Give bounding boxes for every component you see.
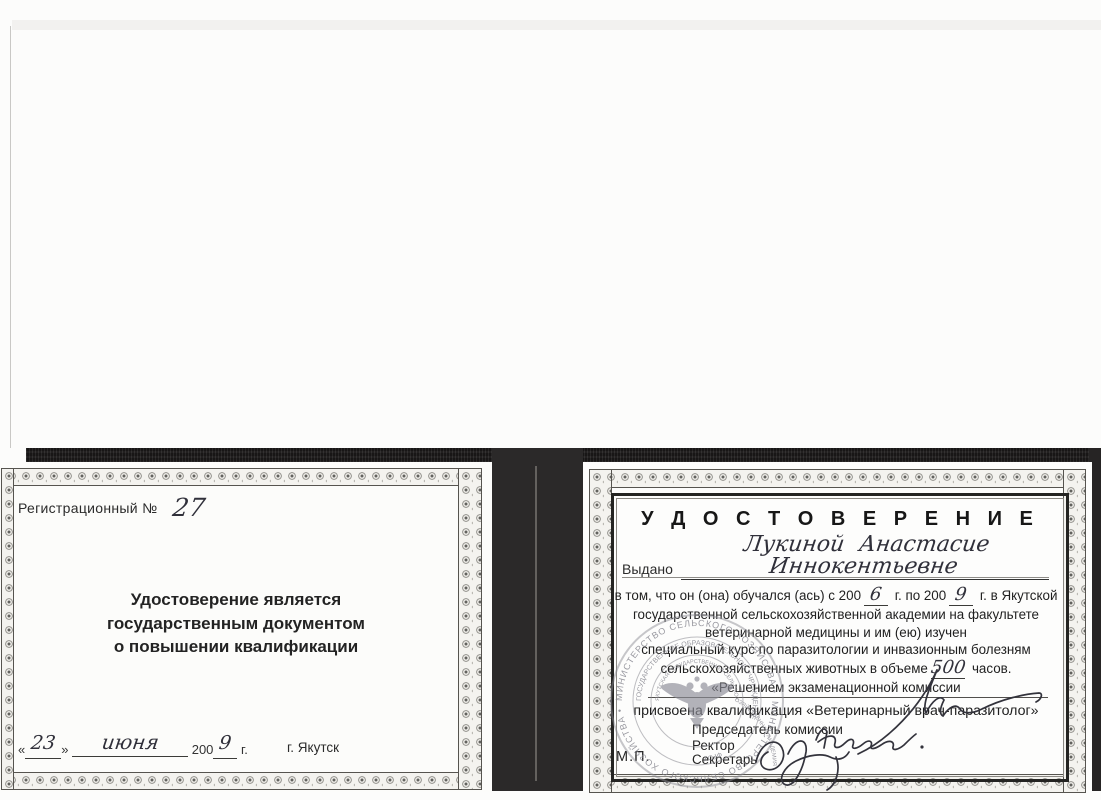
city-label: г. Якутск [287,740,339,755]
registration-number-row: Регистрационный №27 [18,492,206,517]
issue-date-row: «23» июня 2009 г. [18,732,248,759]
registration-label: Регистрационный № [18,500,157,516]
statement-line-1: Удостоверение является [36,588,436,612]
year-from-slot: 6 [864,586,888,606]
fold-crease [535,466,537,781]
secretary-signature [748,726,876,798]
ornamental-border-left [1,468,14,790]
year-digit-handwritten: 9 [218,734,233,753]
registration-number-handwritten: 27 [172,495,208,520]
certificate-statement: Удостоверение является государственным д… [36,588,436,659]
body-line-1: в том, что он (она) обучался (ась) с 200… [612,586,1060,606]
double-headed-eagle-emblem [660,676,734,729]
page-fold-gap [492,448,583,791]
scan-top-shade [12,20,1101,30]
year-to-handwritten: 9 [954,586,968,604]
issued-name-slot: Лукиной Анастасие Иннокентьевне [681,534,1049,580]
paper-edge-line [10,26,11,448]
year-from-handwritten: 6 [869,586,883,604]
scanned-certificate: Регистрационный №27 Удостоверение являет… [0,0,1101,800]
ornamental-border-top [4,468,482,486]
stamp-middle-ring-text-2: ФГОУ [702,750,723,762]
year-suffix: г. [241,742,248,759]
certificate-title: У Д О С Т О В Е Р Е Н И Е [640,508,1040,531]
ornamental-border-top [589,469,1086,488]
year-prefix: 200 [192,742,214,759]
month-slot: июня [72,732,188,757]
blank-ruled-line [622,577,1049,578]
day-slot: 23 [25,734,61,759]
statement-line-3: о повышении квалификации [36,635,436,659]
issued-name-handwritten: Лукиной Анастасие Иннокентьевне [678,534,1052,578]
year-to-slot: 9 [949,586,973,606]
month-handwritten: июня [100,732,160,752]
ornamental-border-right [458,468,482,790]
issued-to-row: Выдано Лукиной Анастасие Иннокентьевне [622,534,1049,580]
ornamental-border-bottom [4,772,482,790]
year-slot: 9 [213,734,237,759]
close-quote: » [61,742,68,759]
day-handwritten: 23 [30,734,57,753]
open-quote: « [18,742,25,759]
statement-line-2: государственным документом [36,612,436,636]
